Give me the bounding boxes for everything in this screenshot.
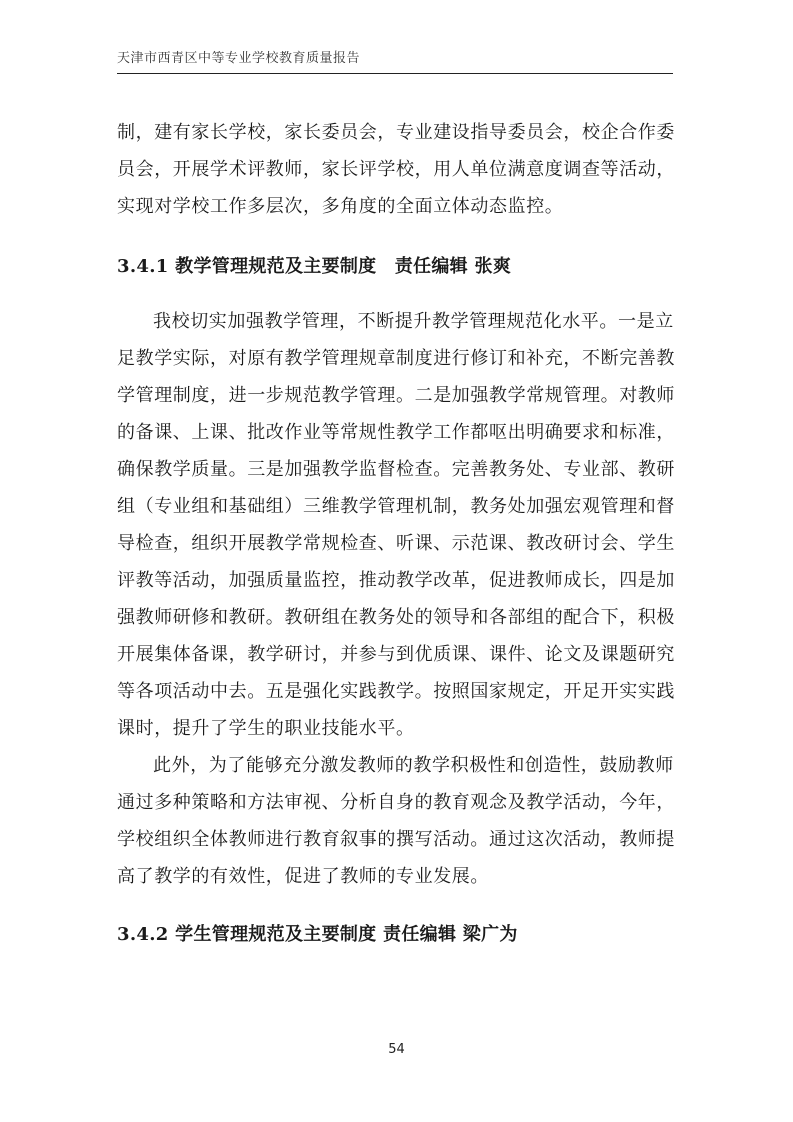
section-heading-3-4-2: 3.4.2 学生管理规范及主要制度 责任编辑 梁广为 [117, 915, 677, 955]
text-line: 学管理制度，进一步规范教学管理。二是加强教学常规管理。对教师 [117, 377, 677, 414]
text-line: 的备课、上课、批改作业等常规性教学工作都呕出明确要求和标准， [117, 414, 677, 451]
text-line: 组（专业组和基础组）三维教学管理机制，教务处加强宏观管理和督 [117, 488, 677, 525]
text-line: 我校切实加强教学管理，不断提升教学管理规范化水平。一是立 [117, 303, 677, 340]
paragraph-teaching-management: 我校切实加强教学管理，不断提升教学管理规范化水平。一是立 足教学实际，对原有教学… [117, 303, 677, 747]
text-line: 通过多种策略和方法审视、分析自身的教育观念及教学活动，今年， [117, 784, 677, 821]
page-body: 制，建有家长学校，家长委员会，专业建设指导委员会，校企合作委 员会，开展学术评教… [117, 114, 677, 955]
text-line: 学校组织全体教师进行教育叙事的撰写活动。通过这次活动，教师提 [117, 821, 677, 858]
paragraph-teacher-development: 此外，为了能够充分激发教师的教学积极性和创造性，鼓励教师 通过多种策略和方法审视… [117, 747, 677, 895]
running-header: 天津市西青区中等专业学校教育质量报告 [117, 50, 673, 74]
text-line: 此外，为了能够充分激发教师的教学积极性和创造性，鼓励教师 [117, 747, 677, 784]
text-line: 导检查，组织开展教学常规检查、听课、示范课、教改研讨会、学生 [117, 525, 677, 562]
text-line: 员会，开展学术评教师，家长评学校，用人单位满意度调查等活动， [117, 151, 677, 188]
text-line: 足教学实际，对原有教学管理规章制度进行修订和补充，不断完善教 [117, 340, 677, 377]
text-line: 等各项活动中去。五是强化实践教学。按照国家规定，开足开实实践 [117, 673, 677, 710]
page-number: 54 [0, 1042, 793, 1057]
text-line: 制，建有家长学校，家长委员会，专业建设指导委员会，校企合作委 [117, 114, 677, 151]
text-line: 开展集体备课，教学研讨，并参与到优质课、课件、论文及课题研究 [117, 636, 677, 673]
text-line: 强教师研修和教研。教研组在教务处的领导和各部组的配合下，积极 [117, 599, 677, 636]
text-line: 实现对学校工作多层次，多角度的全面立体动态监控。 [117, 188, 677, 225]
text-line: 课时，提升了学生的职业技能水平。 [117, 710, 677, 747]
text-line: 评教等活动，加强质量监控，推动教学改革，促进教师成长，四是加 [117, 562, 677, 599]
section-heading-3-4-1: 3.4.1 教学管理规范及主要制度 责任编辑 张爽 [117, 247, 677, 287]
intro-paragraph: 制，建有家长学校，家长委员会，专业建设指导委员会，校企合作委 员会，开展学术评教… [117, 114, 677, 225]
text-line: 确保教学质量。三是加强教学监督检查。完善教务处、专业部、教研 [117, 451, 677, 488]
text-line: 高了教学的有效性，促进了教师的专业发展。 [117, 858, 677, 895]
